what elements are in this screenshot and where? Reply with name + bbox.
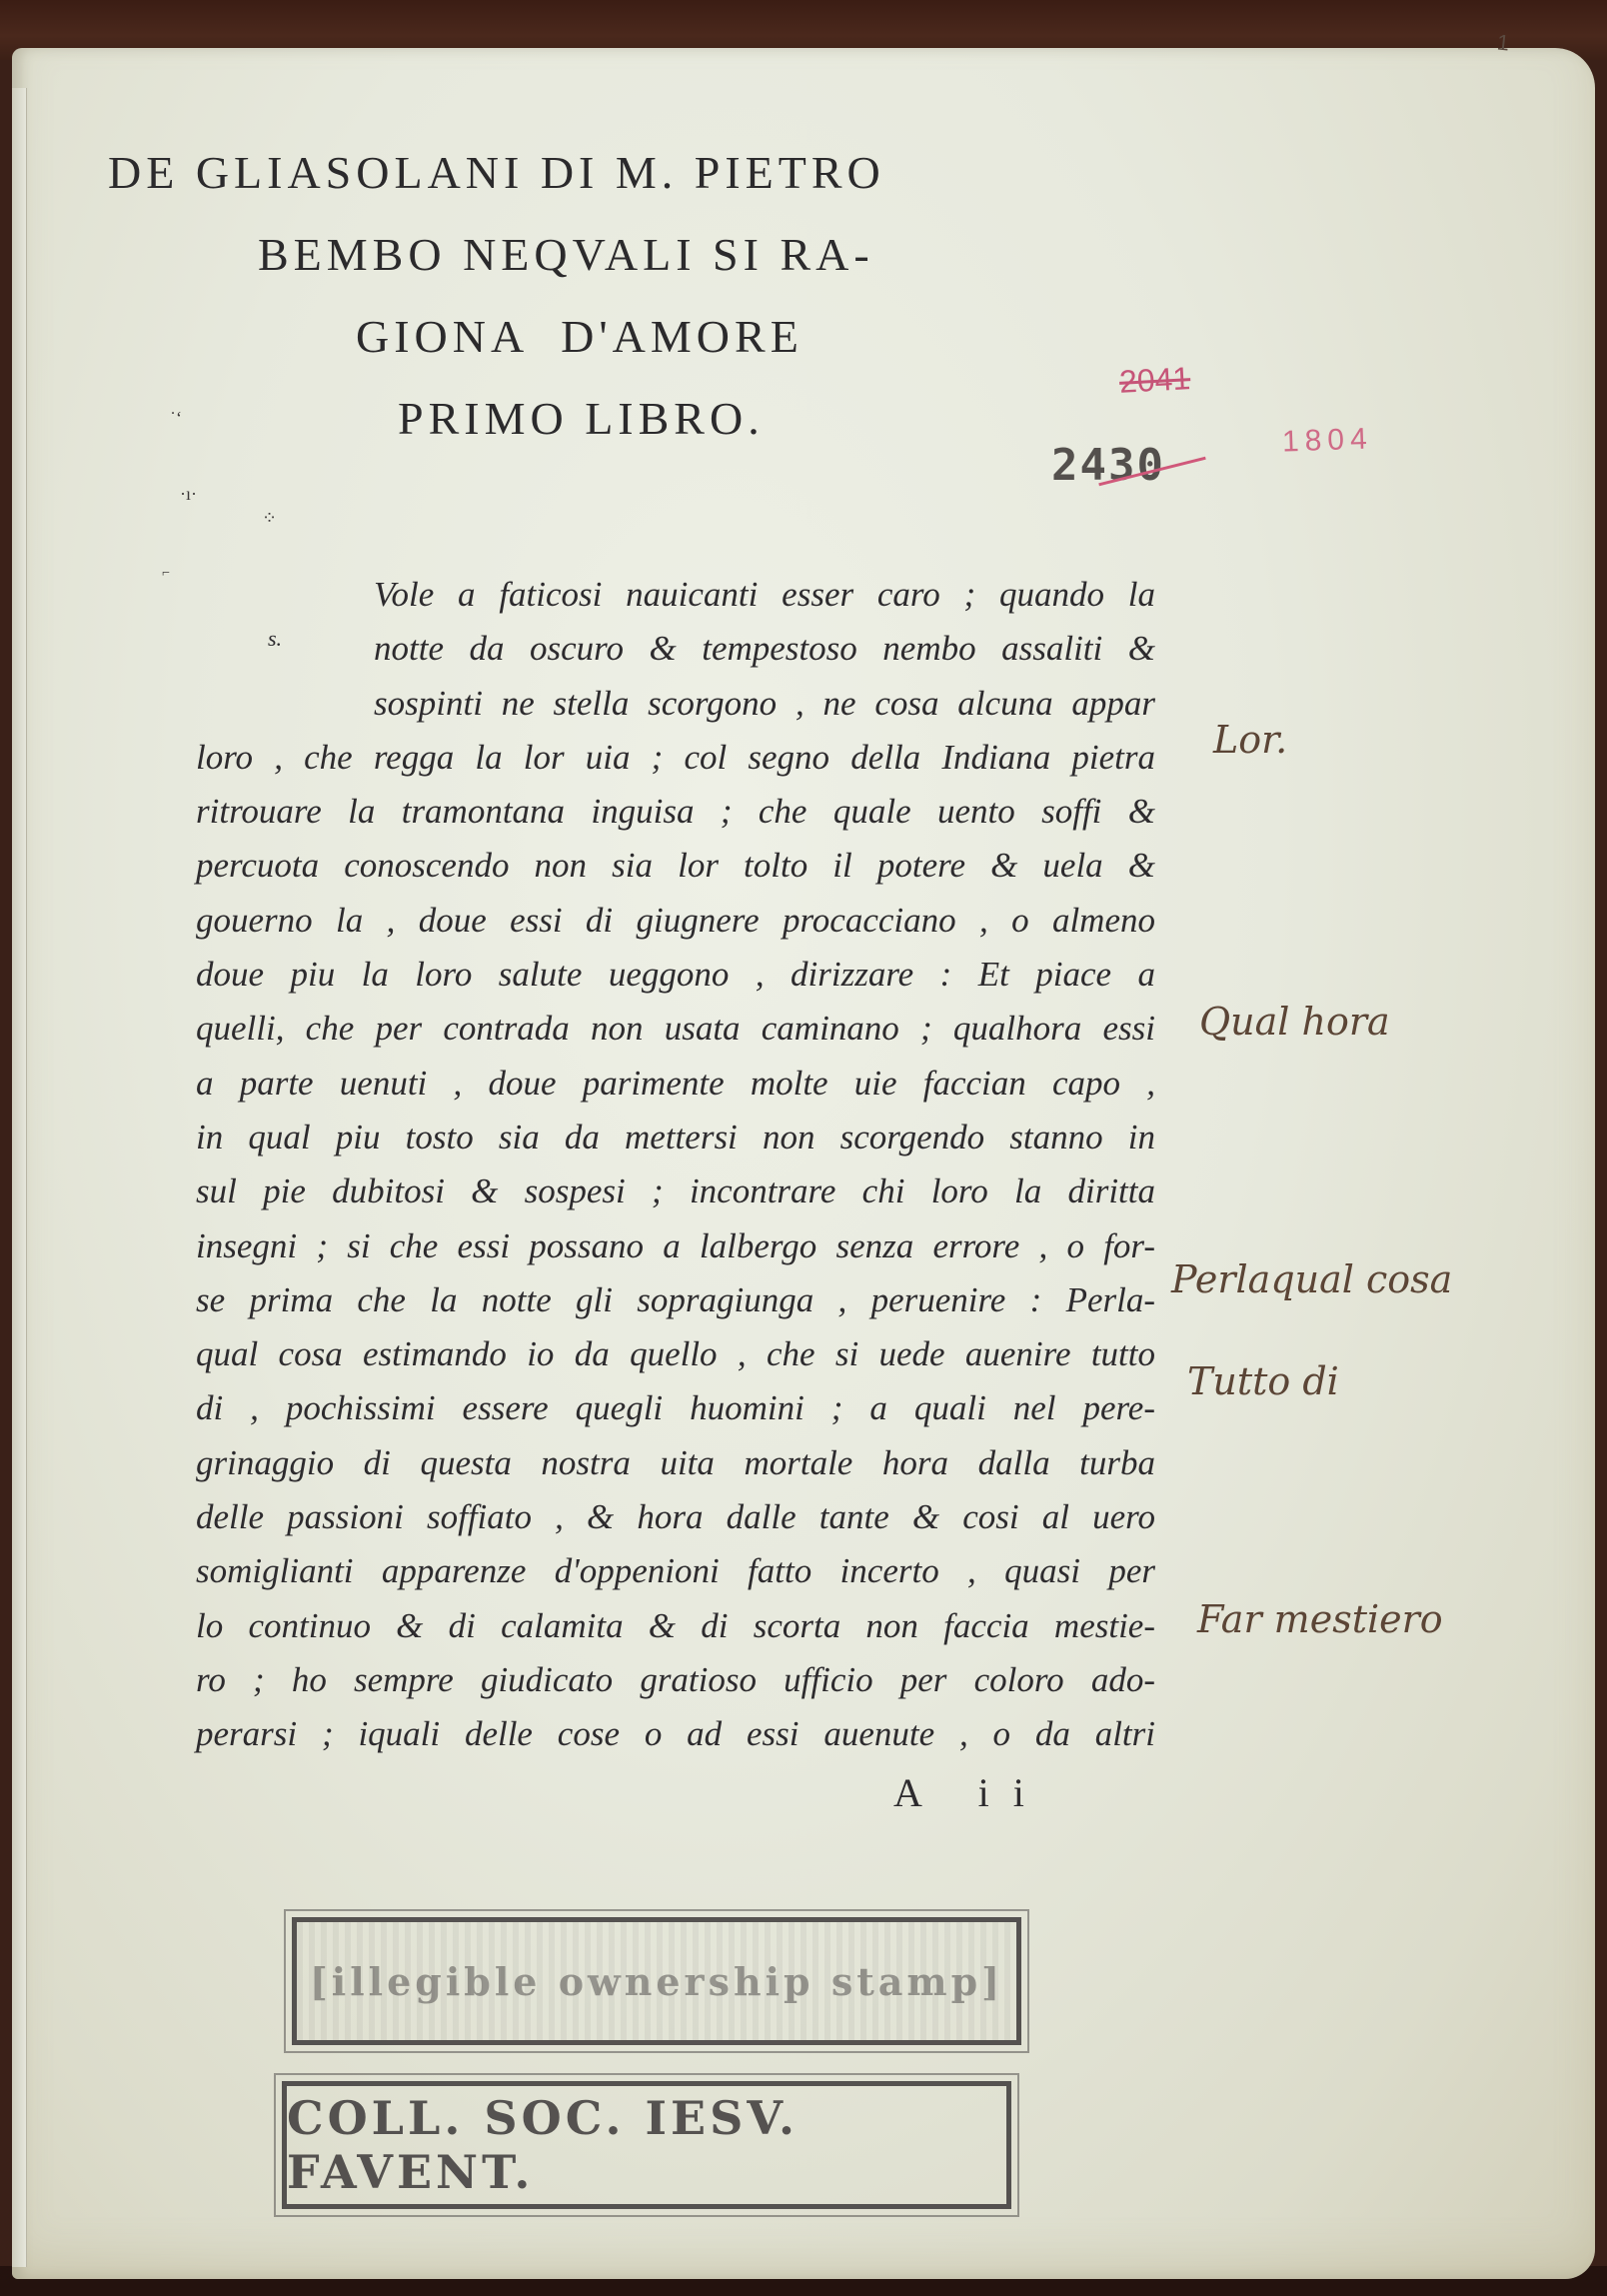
text-line: perarsi ; iquali delle cose o ad essi au… xyxy=(196,1707,1155,1761)
text-line: delle passioni soffiato , & hora dalle t… xyxy=(196,1490,1155,1544)
text-line: ro ; ho sempre giudicato gratioso uffici… xyxy=(196,1653,1155,1707)
text-line: notte da oscuro & tempestoso nembo assal… xyxy=(196,622,1155,676)
title-line: DE GLIASOLANI DI M. PIETRO xyxy=(108,132,1167,214)
marginal-note: Tutto di xyxy=(1187,1359,1339,1403)
stamp-text: COLL. SOC. IESV. FAVENT. xyxy=(287,2091,1006,2199)
ink-speck: ·ı· xyxy=(180,484,197,505)
library-stamp: COLL. SOC. IESV. FAVENT. xyxy=(282,2081,1011,2209)
ink-speck: ⌐ xyxy=(162,566,170,582)
text-line: quelli, che per contrada non usata camin… xyxy=(196,1002,1155,1056)
title-line: BEMBO NEQVALI SI RA- xyxy=(108,214,1167,296)
library-stamp-faded: [illegible ownership stamp] xyxy=(292,1917,1021,2045)
body-text: Vole a faticosi nauicanti esser caro ; q… xyxy=(196,568,1155,1762)
text-line: se prima che la notte gli sopragiunga , … xyxy=(196,1273,1155,1327)
inventory-number-pencil: 1804 xyxy=(1281,422,1373,459)
text-line: qual cosa estimando io da quello , che s… xyxy=(196,1327,1155,1381)
stamp-text: [illegible ownership stamp] xyxy=(310,1959,1003,2004)
text-line: doue piu la loro salute ueggono , dirizz… xyxy=(196,948,1155,1002)
text-line: loro , che regga la lor uia ; col segno … xyxy=(196,731,1155,785)
marginal-note: Far mestiero xyxy=(1197,1597,1443,1641)
ink-speck: ˙ʻ xyxy=(170,408,182,429)
marginal-note: Qual hora xyxy=(1199,1000,1390,1044)
page-title: DE GLIASOLANI DI M. PIETRO BEMBO NEQVALI… xyxy=(108,132,1167,460)
marginal-note: Perlaqual cosa xyxy=(1171,1257,1452,1301)
text-line: sospinti ne stella scorgono , ne cosa al… xyxy=(196,677,1155,731)
ink-speck: ⁘ xyxy=(262,508,277,529)
text-line: sul pie dubitosi & sospesi ; incontrare … xyxy=(196,1164,1155,1218)
text-line: a parte uenuti , doue parimente molte ui… xyxy=(196,1057,1155,1111)
text-line: somiglianti apparenze d'oppenioni fatto … xyxy=(196,1544,1155,1598)
title-line: GIONA D'AMORE xyxy=(108,296,1167,378)
text-line: in qual piu tosto sia da mettersi non sc… xyxy=(196,1111,1155,1164)
text-line: gouerno la , doue essi di giugnere proca… xyxy=(196,894,1155,948)
title-line: PRIMO LIBRO. xyxy=(108,378,1167,460)
page-fore-edge xyxy=(12,88,27,2267)
text-line: di , pochissimi essere quegli huomini ; … xyxy=(196,1381,1155,1435)
inventory-number-struck: 2041 xyxy=(1118,360,1191,401)
marginal-note: Lor. xyxy=(1213,718,1287,762)
text-line: grinaggio di questa nostra uita mortale … xyxy=(196,1436,1155,1490)
text-line: insegni ; si che essi possano a lalbergo… xyxy=(196,1219,1155,1273)
signature-mark: A ii xyxy=(893,1769,1048,1816)
text-line: percuota conoscendo non sia lor tolto il… xyxy=(196,839,1155,893)
text-line: ritrouare la tramontana inguisa ; che qu… xyxy=(196,785,1155,839)
text-line: Vole a faticosi nauicanti esser caro ; q… xyxy=(196,568,1155,622)
text-line: lo continuo & di calamita & di scorta no… xyxy=(196,1599,1155,1653)
